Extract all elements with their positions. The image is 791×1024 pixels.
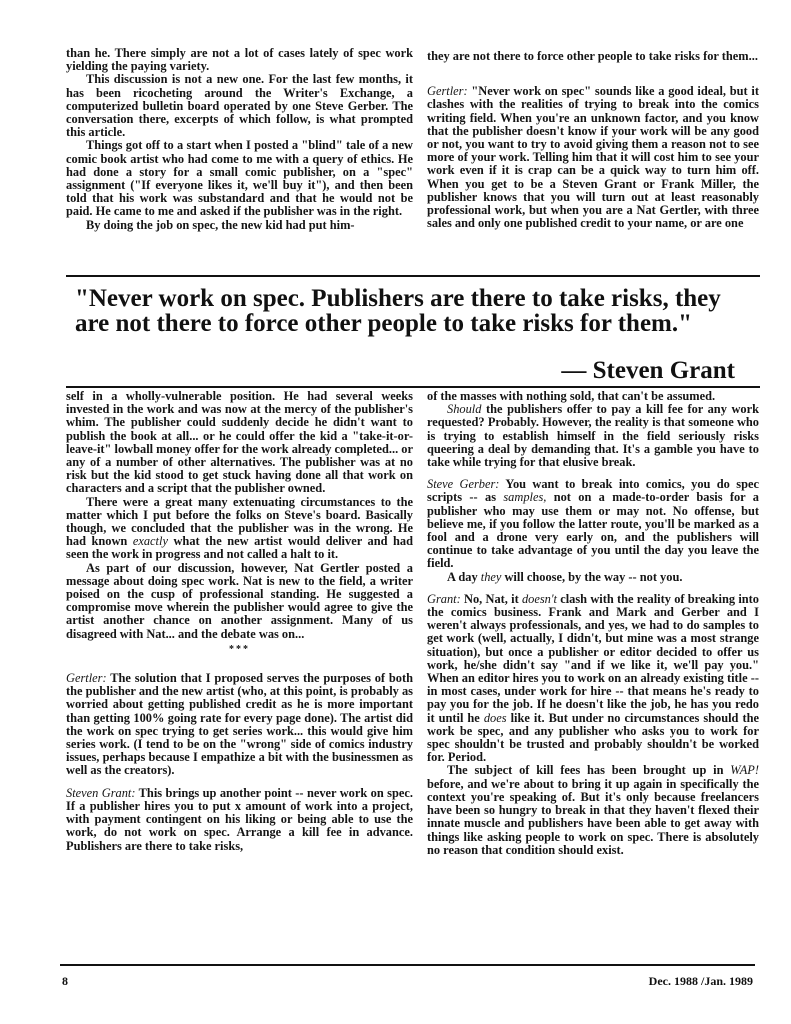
gertler-comment: Gertler: "Never work on spec" sounds lik… [427,85,759,230]
pull-quote: "Never work on spec. Publishers are ther… [75,286,755,336]
speaker-label: Grant: [427,592,461,606]
emphasis: WAP! [730,763,759,777]
text: clash with the reality of breaking into … [427,592,759,725]
grant-comment: Steven Grant: This brings up another poi… [66,787,413,853]
paragraph: This discussion is not a new one. For th… [66,73,413,139]
speaker-label: Steve Gerber: [427,477,499,491]
comment-text: "Never work on spec" sounds like a good … [427,84,759,230]
paragraph: As part of our discussion, however, Nat … [66,562,413,641]
paragraph: A day they will choose, by the way -- no… [427,571,759,584]
text: A day [447,570,481,584]
paragraph: The subject of kill fees has been brough… [427,764,759,856]
paragraph: they are not there to force other people… [427,50,759,63]
issue-date: Dec. 1988 /Jan. 1989 [649,974,753,989]
paragraph: Should the publishers offer to pay a kil… [427,403,759,469]
comment-text: The solution that I proposed serves the … [66,671,413,777]
emphasis: Should [447,402,481,416]
pull-quote-attribution: — Steven Grant [561,357,735,385]
pull-quote-top-rule [66,275,760,277]
paragraph: Things got off to a start when I posted … [66,139,413,218]
speaker-label: Gertler: [427,84,468,98]
emphasis: does [484,711,507,725]
gertler-comment: Gertler: The solution that I proposed se… [66,672,413,778]
footer-rule [60,964,755,966]
speaker-label: Steven Grant: [66,786,135,800]
speaker-label: Gertler: [66,671,107,685]
column-top-right: they are not there to force other people… [427,50,759,230]
page-number: 8 [62,974,68,989]
column-bottom-left: self in a wholly-vulnerable position. He… [66,390,413,853]
column-top-left: than he. There simply are not a lot of c… [66,47,413,232]
text: The subject of kill fees has been brough… [447,763,730,777]
emphasis: they [481,570,502,584]
pull-quote-bottom-rule [66,386,760,388]
text: before, and we're about to bring it up a… [427,777,759,857]
gerber-comment: Steve Gerber: You want to break into com… [427,478,759,570]
text: No, Nat, it [461,592,522,606]
section-separator: *** [66,643,413,656]
paragraph: than he. There simply are not a lot of c… [66,47,413,73]
grant-comment: Grant: No, Nat, it doesn't clash with th… [427,593,759,765]
paragraph: By doing the job on spec, the new kid ha… [66,219,413,232]
paragraph: There were a great many extenuating circ… [66,496,413,562]
paragraph: self in a wholly-vulnerable position. He… [66,390,413,496]
text: will choose, by the way -- not you. [501,570,682,584]
column-bottom-right: of the masses with nothing sold, that ca… [427,390,759,857]
emphasis: samples, [503,490,546,504]
emphasis: doesn't [522,592,557,606]
emphasis: exactly [133,534,168,548]
